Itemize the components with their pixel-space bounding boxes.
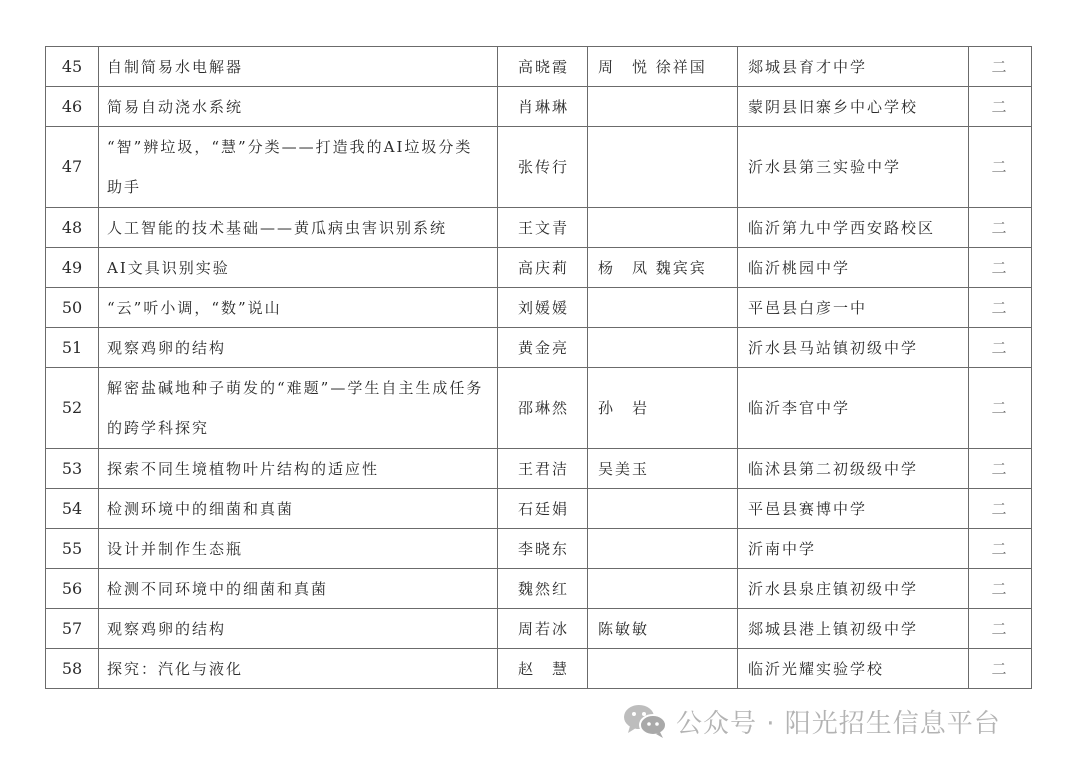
school-name: 沂水县泉庄镇初级中学 [738, 569, 969, 609]
author-name: 王文青 [498, 208, 588, 248]
row-number: 48 [46, 208, 99, 248]
advisor-names [588, 288, 738, 328]
author-name: 肖琳琳 [498, 87, 588, 127]
school-name: 郯城县育才中学 [738, 47, 969, 87]
project-title: 设计并制作生态瓶 [99, 529, 498, 569]
table-row: 56检测不同环境中的细菌和真菌魏然红沂水县泉庄镇初级中学二 [46, 569, 1032, 609]
project-title: 人工智能的技术基础——黄瓜病虫害识别系统 [99, 208, 498, 248]
watermark: 公众号 · 阳光招生信息平台 [622, 701, 1001, 741]
row-number: 45 [46, 47, 99, 87]
advisor-names [588, 649, 738, 689]
author-name: 高庆莉 [498, 248, 588, 288]
table-row: 45自制简易水电解器高晓霞周 悦 徐祥国郯城县育才中学二 [46, 47, 1032, 87]
award-level: 二 [969, 529, 1032, 569]
table-row: 54检测环境中的细菌和真菌石廷娟平邑县赛博中学二 [46, 489, 1032, 529]
school-name: 沂水县第三实验中学 [738, 127, 969, 208]
school-name: 临沂光耀实验学校 [738, 649, 969, 689]
award-level: 二 [969, 569, 1032, 609]
table-row: 57观察鸡卵的结构周若冰陈敏敏郯城县港上镇初级中学二 [46, 609, 1032, 649]
school-name: 临沂第九中学西安路校区 [738, 208, 969, 248]
project-title: 简易自动浇水系统 [99, 87, 498, 127]
table-row: 46简易自动浇水系统肖琳琳蒙阴县旧寨乡中心学校二 [46, 87, 1032, 127]
award-level: 二 [969, 368, 1032, 449]
project-title: 探索不同生境植物叶片结构的适应性 [99, 449, 498, 489]
table-row: 52解密盐碱地种子萌发的“难题”—学生自主生成任务的跨学科探究邵琳然孙 岩临沂李… [46, 368, 1032, 449]
school-name: 临沭县第二初级级中学 [738, 449, 969, 489]
wechat-icon [622, 703, 668, 739]
author-name: 张传行 [498, 127, 588, 208]
school-name: 沂南中学 [738, 529, 969, 569]
school-name: 沂水县马站镇初级中学 [738, 328, 969, 368]
award-level: 二 [969, 649, 1032, 689]
row-number: 54 [46, 489, 99, 529]
advisor-names: 吴美玉 [588, 449, 738, 489]
table-row: 49AI文具识别实验高庆莉杨 凤 魏宾宾临沂桃园中学二 [46, 248, 1032, 288]
watermark-text: 公众号 · 阳光招生信息平台 [676, 703, 1001, 740]
award-level: 二 [969, 449, 1032, 489]
award-level: 二 [969, 127, 1032, 208]
award-level: 二 [969, 328, 1032, 368]
row-number: 56 [46, 569, 99, 609]
table-row: 48人工智能的技术基础——黄瓜病虫害识别系统王文青临沂第九中学西安路校区二 [46, 208, 1032, 248]
school-name: 郯城县港上镇初级中学 [738, 609, 969, 649]
advisor-names [588, 569, 738, 609]
school-name: 平邑县白彦一中 [738, 288, 969, 328]
author-name: 高晓霞 [498, 47, 588, 87]
advisor-names: 杨 凤 魏宾宾 [588, 248, 738, 288]
author-name: 石廷娟 [498, 489, 588, 529]
table-row: 58探究：汽化与液化赵 慧临沂光耀实验学校二 [46, 649, 1032, 689]
project-title: 检测不同环境中的细菌和真菌 [99, 569, 498, 609]
row-number: 53 [46, 449, 99, 489]
row-number: 50 [46, 288, 99, 328]
project-title: 观察鸡卵的结构 [99, 328, 498, 368]
project-title: 观察鸡卵的结构 [99, 609, 498, 649]
project-title: “智”辨垃圾，“慧”分类——打造我的AI垃圾分类助手 [99, 127, 498, 208]
author-name: 黄金亮 [498, 328, 588, 368]
row-number: 46 [46, 87, 99, 127]
advisor-names [588, 87, 738, 127]
award-level: 二 [969, 288, 1032, 328]
award-level: 二 [969, 208, 1032, 248]
project-title: 自制简易水电解器 [99, 47, 498, 87]
author-name: 赵 慧 [498, 649, 588, 689]
award-level: 二 [969, 47, 1032, 87]
row-number: 58 [46, 649, 99, 689]
table-row: 53探索不同生境植物叶片结构的适应性王君洁吴美玉临沭县第二初级级中学二 [46, 449, 1032, 489]
table-row: 47“智”辨垃圾，“慧”分类——打造我的AI垃圾分类助手张传行沂水县第三实验中学… [46, 127, 1032, 208]
school-name: 临沂李官中学 [738, 368, 969, 449]
row-number: 49 [46, 248, 99, 288]
award-level: 二 [969, 248, 1032, 288]
author-name: 王君洁 [498, 449, 588, 489]
advisor-names: 陈敏敏 [588, 609, 738, 649]
advisor-names: 孙 岩 [588, 368, 738, 449]
author-name: 魏然红 [498, 569, 588, 609]
row-number: 55 [46, 529, 99, 569]
table-body: 45自制简易水电解器高晓霞周 悦 徐祥国郯城县育才中学二46简易自动浇水系统肖琳… [46, 47, 1032, 689]
project-title: 探究：汽化与液化 [99, 649, 498, 689]
advisor-names [588, 127, 738, 208]
advisor-names [588, 208, 738, 248]
school-name: 蒙阴县旧寨乡中心学校 [738, 87, 969, 127]
award-list-table: 45自制简易水电解器高晓霞周 悦 徐祥国郯城县育才中学二46简易自动浇水系统肖琳… [45, 46, 1032, 689]
advisor-names [588, 489, 738, 529]
advisor-names: 周 悦 徐祥国 [588, 47, 738, 87]
table-row: 50“云”听小调，“数”说山刘媛媛平邑县白彦一中二 [46, 288, 1032, 328]
project-title: “云”听小调，“数”说山 [99, 288, 498, 328]
table-row: 51观察鸡卵的结构黄金亮沂水县马站镇初级中学二 [46, 328, 1032, 368]
author-name: 李晓东 [498, 529, 588, 569]
row-number: 52 [46, 368, 99, 449]
award-level: 二 [969, 489, 1032, 529]
row-number: 51 [46, 328, 99, 368]
award-level: 二 [969, 87, 1032, 127]
advisor-names [588, 529, 738, 569]
award-level: 二 [969, 609, 1032, 649]
advisor-names [588, 328, 738, 368]
row-number: 57 [46, 609, 99, 649]
row-number: 47 [46, 127, 99, 208]
school-name: 平邑县赛博中学 [738, 489, 969, 529]
project-title: AI文具识别实验 [99, 248, 498, 288]
school-name: 临沂桃园中学 [738, 248, 969, 288]
project-title: 检测环境中的细菌和真菌 [99, 489, 498, 529]
author-name: 刘媛媛 [498, 288, 588, 328]
author-name: 周若冰 [498, 609, 588, 649]
author-name: 邵琳然 [498, 368, 588, 449]
project-title: 解密盐碱地种子萌发的“难题”—学生自主生成任务的跨学科探究 [99, 368, 498, 449]
table-row: 55设计并制作生态瓶李晓东沂南中学二 [46, 529, 1032, 569]
